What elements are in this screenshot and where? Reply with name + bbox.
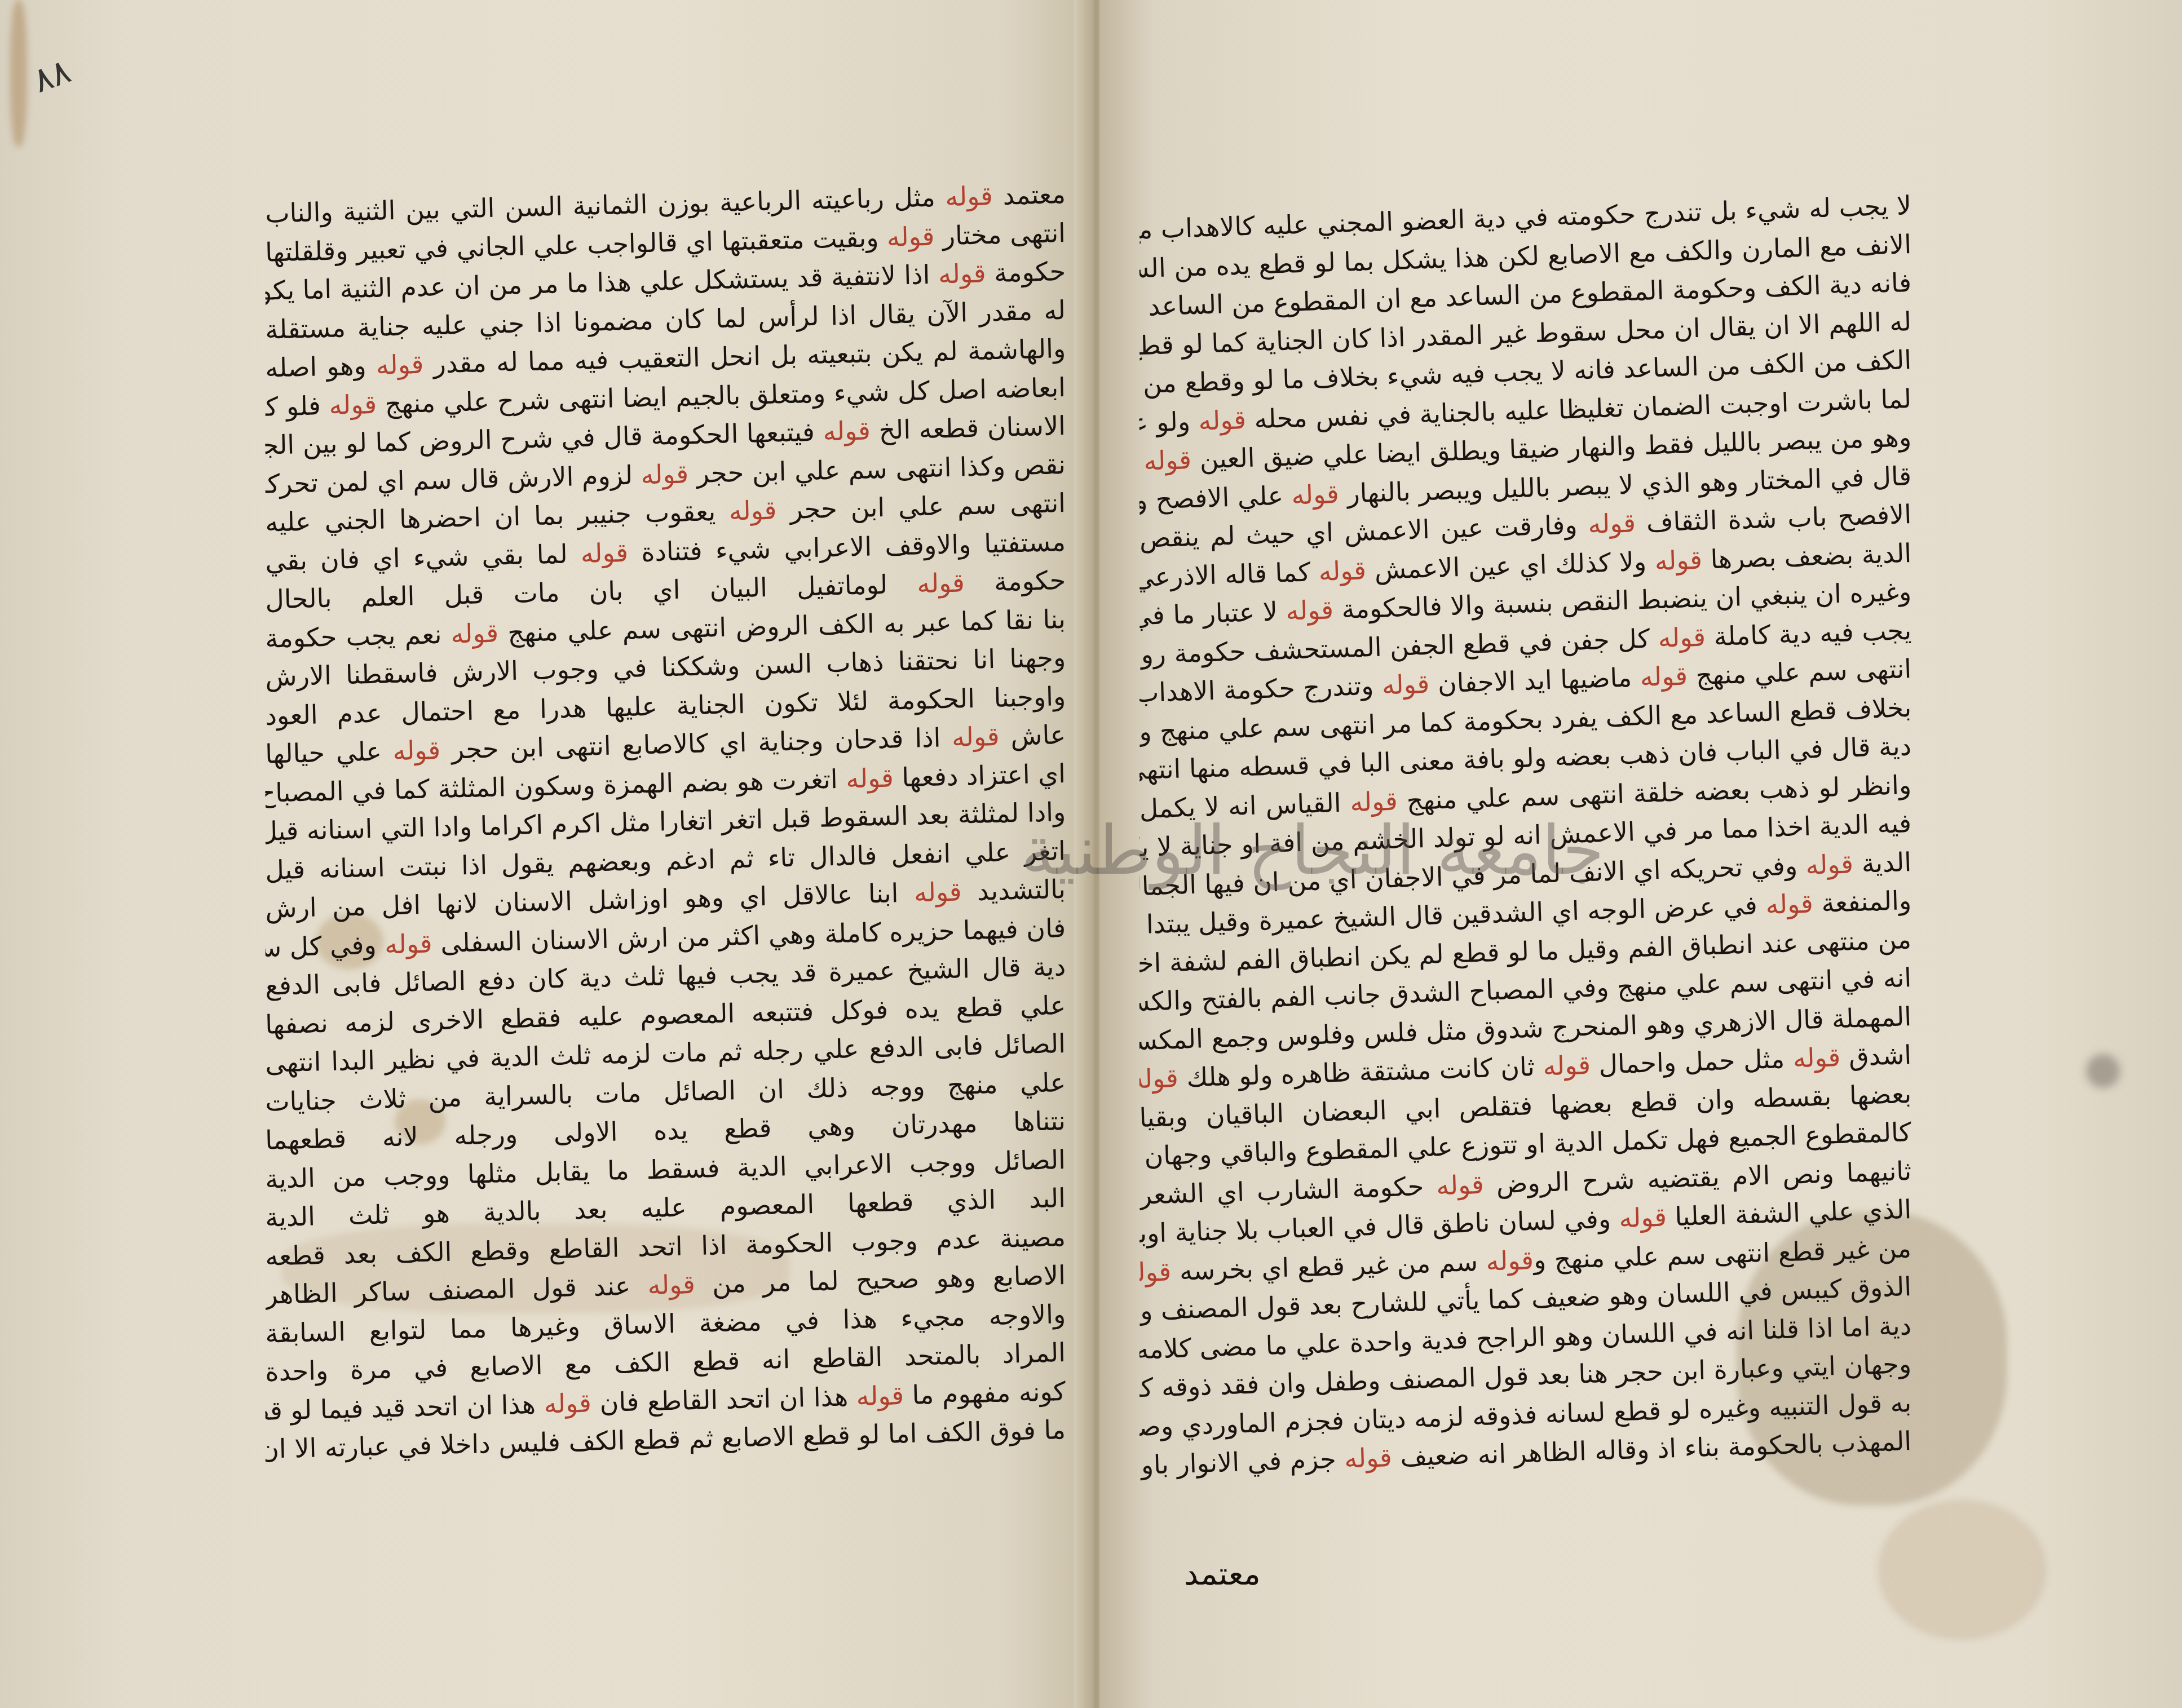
left-page: ٨٨ معتمد قوله مثل رباعيته الرباعية بوزن … <box>0 0 1091 1708</box>
rubric-word: قوله <box>376 349 424 380</box>
rubric-word: قوله <box>641 458 689 490</box>
rubric-word: قوله <box>846 762 894 794</box>
rubric-word: قوله <box>1381 669 1430 701</box>
rubric-word: قوله <box>917 567 965 599</box>
rubric-word: قوله <box>385 928 433 959</box>
rubric-word: قوله <box>938 258 986 289</box>
rubric-word: قوله <box>1588 507 1636 539</box>
catchword: معتمد <box>1184 1556 1261 1592</box>
rubric-word: قوله <box>1286 594 1334 626</box>
rubric-word: قوله <box>1344 1442 1393 1474</box>
rubric-word: قوله <box>1658 621 1706 653</box>
rubric-word: قوله <box>1435 1169 1484 1201</box>
rubric-word: قوله <box>580 537 629 568</box>
manuscript-spread: ٨٨ معتمد قوله مثل رباعيته الرباعية بوزن … <box>0 0 2182 1708</box>
rubric-word: قوله <box>1143 444 1192 476</box>
rubric-word: قوله <box>1765 888 1814 920</box>
rubric-word: قوله <box>823 415 871 446</box>
rubric-word: قوله <box>392 734 441 766</box>
rubric-word: قوله <box>1619 1202 1667 1234</box>
rubric-word: قوله <box>647 1269 696 1300</box>
folio-mark: ٨٨ <box>28 51 76 101</box>
rubric-word: قوله <box>450 617 499 649</box>
rubric-word: قوله <box>1792 1042 1841 1074</box>
rubric-word: قوله <box>544 1387 592 1419</box>
rubric-word: قوله <box>856 1380 904 1411</box>
rubric-word: قوله <box>913 877 962 908</box>
watermark: جامعة النجاح الوطنية <box>1021 812 1604 890</box>
rubric-word: قوله <box>1139 1063 1179 1095</box>
rubric-word: قوله <box>1654 544 1703 576</box>
rubric-word: قوله <box>1805 848 1854 880</box>
rubric-word: قوله <box>951 721 1000 753</box>
rubric-word: قوله <box>1318 555 1367 587</box>
rubric-word: قوله <box>1640 660 1688 692</box>
rubric-word: قوله <box>1198 404 1247 436</box>
rubric-word: قوله <box>1486 1245 1534 1277</box>
rubric-word: قوله <box>1139 1256 1172 1288</box>
rubric-word: قوله <box>1291 478 1340 510</box>
rubric-word: قوله <box>1543 1050 1591 1082</box>
rubric-word: قوله <box>945 180 993 212</box>
left-text-block: معتمد قوله مثل رباعيته الرباعية بوزن الث… <box>265 175 1066 1449</box>
rubric-word: قوله <box>329 388 377 420</box>
rubric-word: قوله <box>728 495 777 526</box>
rubric-word: قوله <box>886 220 935 252</box>
ink-spot <box>2086 1054 2120 1088</box>
